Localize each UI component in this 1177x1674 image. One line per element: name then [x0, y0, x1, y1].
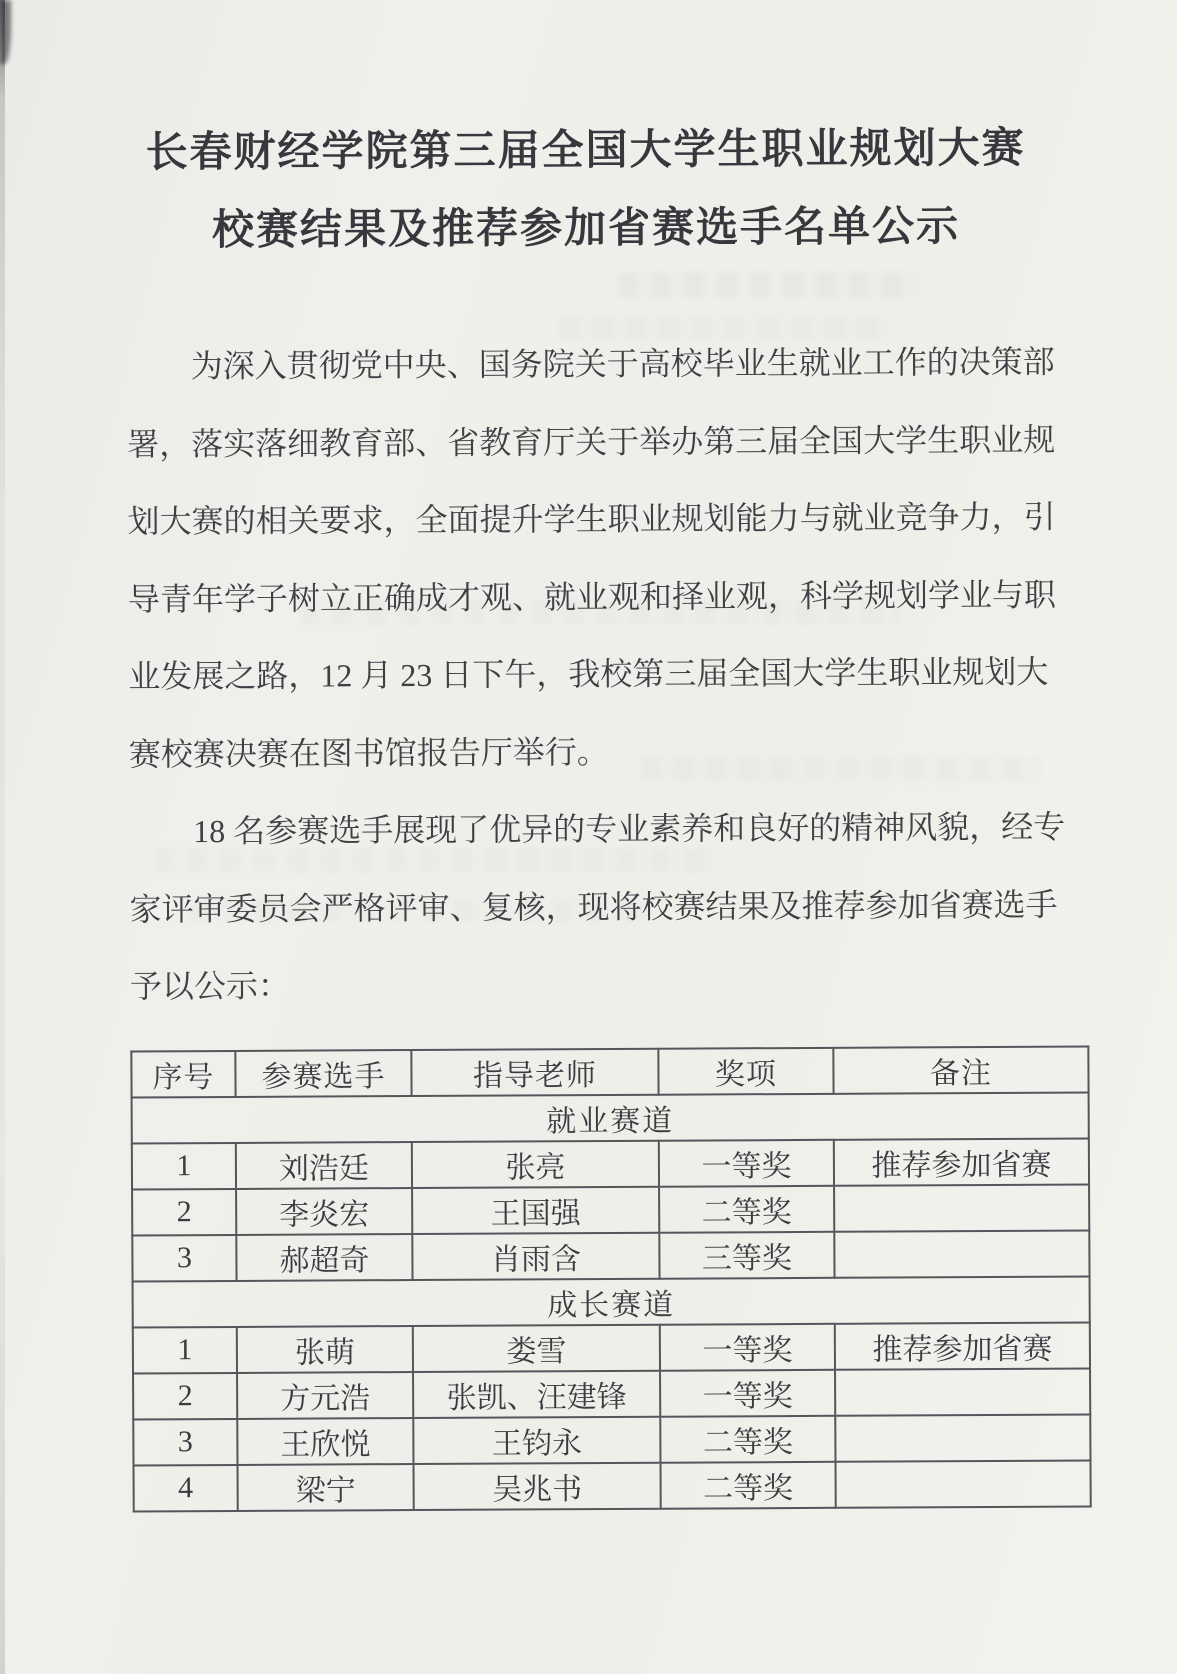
- cell-remark: [835, 1460, 1090, 1507]
- table-row: 1 刘浩廷 张亮 一等奖 推荐参加省赛: [132, 1138, 1089, 1189]
- document-body: 为深入贯彻党中央、国务院关于高校毕业生就业工作的决策部 署，落实落细教育部、省教…: [127, 324, 1051, 1026]
- cell-remark: [834, 1184, 1089, 1231]
- cell-remark: 推荐参加省赛: [835, 1322, 1090, 1369]
- scan-smudge: [0, 0, 11, 64]
- cell-advisor: 张凯、汪建锋: [413, 1370, 660, 1417]
- section-title: 就业赛道: [132, 1092, 1089, 1143]
- cell-award: 一等奖: [660, 1323, 835, 1370]
- column-header-award: 奖项: [658, 1047, 833, 1094]
- cell-remark: [834, 1230, 1089, 1277]
- cell-award: 一等奖: [660, 1369, 835, 1416]
- table-row: 1 张萌 娄雪 一等奖 推荐参加省赛: [133, 1322, 1090, 1373]
- section-row-growth: 成长赛道: [133, 1276, 1090, 1327]
- results-table: 序号 参赛选手 指导老师 奖项 备注 就业赛道 1 刘浩廷 张亮 一等奖 推荐参…: [130, 1045, 1091, 1512]
- paragraph-line: 赛校赛决赛在图书馆报告厅举行。: [129, 711, 1049, 793]
- cell-number: 2: [132, 1188, 236, 1235]
- column-header-advisor: 指导老师: [411, 1048, 658, 1095]
- cell-advisor: 张亮: [412, 1140, 659, 1187]
- cell-remark: [835, 1368, 1090, 1415]
- column-header-remark: 备注: [833, 1046, 1088, 1093]
- paragraph-1: 为深入贯彻党中央、国务院关于高校毕业生就业工作的决策部 署，落实落细教育部、省教…: [127, 324, 1049, 794]
- page-edge-shadow: [0, 0, 5, 1674]
- scanned-document-page: 长春财经学院第三届全国大学生职业规划大赛 校赛结果及推荐参加省赛选手名单公示 为…: [0, 0, 1177, 1674]
- cell-advisor: 吴兆书: [413, 1462, 660, 1509]
- column-header-contestant: 参赛选手: [235, 1050, 411, 1097]
- cell-award: 二等奖: [659, 1185, 834, 1232]
- cell-award: 三等奖: [659, 1231, 834, 1278]
- paragraph-2: 18 名参赛选手展现了优异的专业素养和良好的精神风貌，经专 家评审委员会严格评审…: [129, 789, 1050, 1026]
- table-header-row: 序号 参赛选手 指导老师 奖项 备注: [131, 1046, 1088, 1097]
- table-row: 2 李炎宏 王国强 二等奖: [132, 1184, 1089, 1235]
- cell-remark: [835, 1414, 1090, 1461]
- column-header-number: 序号: [131, 1050, 235, 1097]
- cell-remark: 推荐参加省赛: [834, 1138, 1089, 1185]
- cell-contestant: 方元浩: [237, 1372, 413, 1419]
- cell-award: 一等奖: [659, 1139, 834, 1186]
- cell-award: 二等奖: [660, 1415, 835, 1462]
- paragraph-line: 18 名参赛选手展现了优异的专业素养和良好的精神风貌，经专: [129, 789, 1049, 871]
- section-title: 成长赛道: [133, 1276, 1090, 1327]
- document-title-line-1: 长春财经学院第三届全国大学生职业规划大赛: [125, 110, 1045, 193]
- section-row-employment: 就业赛道: [132, 1092, 1089, 1143]
- cell-contestant: 郝超奇: [236, 1234, 412, 1281]
- cell-award: 二等奖: [660, 1461, 835, 1508]
- paragraph-line: 导青年学子树立正确成才观、就业观和择业观，科学规划学业与职: [128, 556, 1048, 638]
- cell-contestant: 刘浩廷: [236, 1142, 412, 1189]
- cell-advisor: 王钧永: [413, 1416, 660, 1463]
- cell-number: 2: [133, 1372, 237, 1419]
- document-content: 长春财经学院第三届全国大学生职业规划大赛 校赛结果及推荐参加省赛选手名单公示 为…: [125, 0, 1090, 1512]
- paragraph-line: 划大赛的相关要求，全面提升学生职业规划能力与就业竞争力，引: [127, 479, 1047, 561]
- cell-contestant: 梁宁: [238, 1464, 414, 1511]
- table-row: 3 王欣悦 王钧永 二等奖: [133, 1414, 1090, 1465]
- table-row: 2 方元浩 张凯、汪建锋 一等奖: [133, 1368, 1090, 1419]
- paragraph-line: 予以公示：: [130, 944, 1050, 1026]
- paragraph-line: 署，落实落细教育部、省教育厅关于举办第三届全国大学生职业规: [127, 401, 1047, 483]
- paragraph-line: 为深入贯彻党中央、国务院关于高校毕业生就业工作的决策部: [127, 324, 1047, 406]
- cell-contestant: 王欣悦: [237, 1418, 413, 1465]
- paragraph-line: 家评审委员会严格评审、复核，现将校赛结果及推荐参加省赛选手: [129, 866, 1049, 948]
- cell-contestant: 李炎宏: [236, 1188, 412, 1235]
- cell-contestant: 张萌: [237, 1326, 413, 1373]
- cell-number: 1: [133, 1326, 237, 1373]
- table-row: 4 梁宁 吴兆书 二等奖: [134, 1460, 1091, 1511]
- document-title-line-2: 校赛结果及推荐参加省赛选手名单公示: [126, 188, 1046, 271]
- cell-advisor: 肖雨含: [412, 1232, 659, 1279]
- cell-number: 3: [132, 1234, 236, 1281]
- cell-advisor: 王国强: [412, 1186, 659, 1233]
- cell-advisor: 娄雪: [413, 1324, 660, 1371]
- paragraph-line: 业发展之路，12 月 23 日下午，我校第三届全国大学生职业规划大: [128, 634, 1048, 716]
- cell-number: 4: [134, 1464, 238, 1511]
- document-title: 长春财经学院第三届全国大学生职业规划大赛 校赛结果及推荐参加省赛选手名单公示: [125, 0, 1046, 271]
- table-row: 3 郝超奇 肖雨含 三等奖: [132, 1230, 1089, 1281]
- cell-number: 1: [132, 1142, 236, 1189]
- cell-number: 3: [133, 1418, 237, 1465]
